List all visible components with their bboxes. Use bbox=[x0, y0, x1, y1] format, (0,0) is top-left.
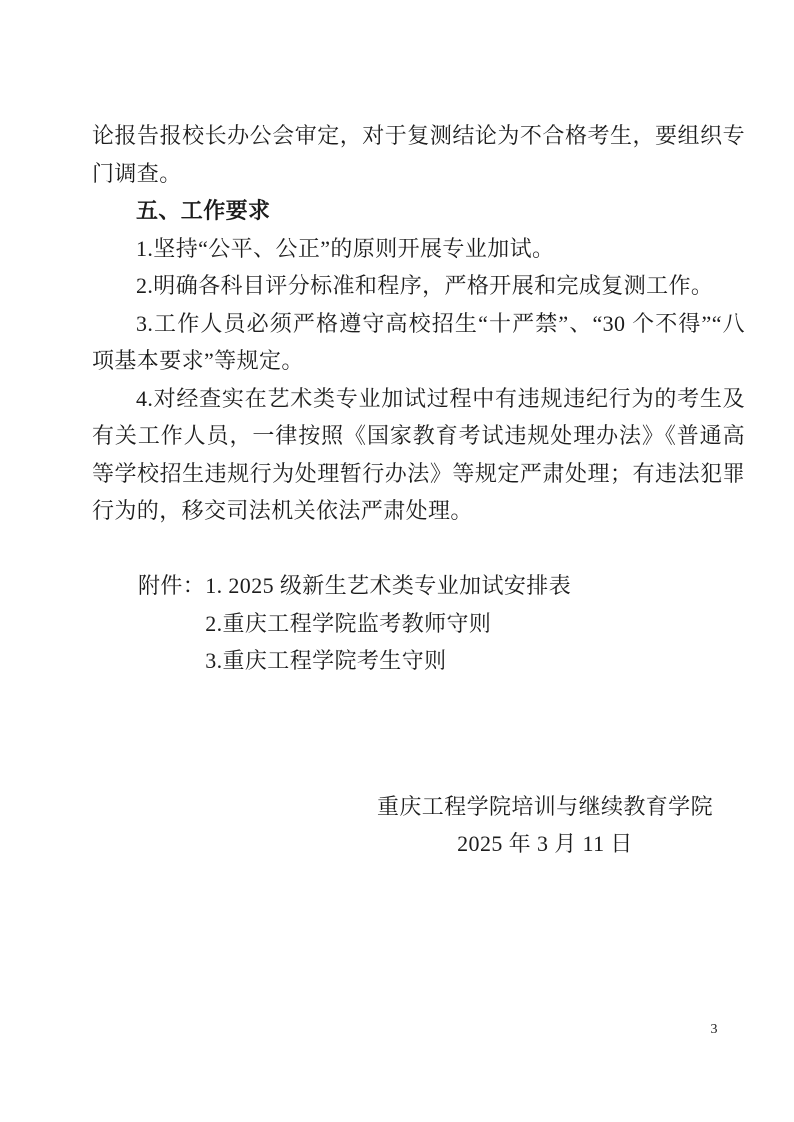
page-number: 3 bbox=[698, 1020, 730, 1040]
document-page: 论报告报校长办公会审定，对于复测结论为不合格考生，要组织专门调查。 五、工作要求… bbox=[0, 0, 794, 1122]
attachments-list: 1. 2025 级新生艺术类专业加试安排表 2.重庆工程学院监考教师守则 3.重… bbox=[205, 567, 745, 680]
attachments-label: 附件： bbox=[138, 567, 205, 605]
signature-date: 2025 年 3 月 11 日 bbox=[377, 825, 713, 863]
attachment-item-2: 2.重庆工程学院监考教师守则 bbox=[205, 605, 745, 643]
attachments-block: 附件： 1. 2025 级新生艺术类专业加试安排表 2.重庆工程学院监考教师守则… bbox=[92, 567, 745, 680]
work-requirement-item-1: 1.坚持“公平、公正”的原则开展专业加试。 bbox=[92, 230, 745, 268]
attachment-item-3: 3.重庆工程学院考生守则 bbox=[205, 642, 745, 680]
signature-block: 重庆工程学院培训与继续教育学院 2025 年 3 月 11 日 bbox=[377, 788, 713, 863]
attachment-item-1: 1. 2025 级新生艺术类专业加试安排表 bbox=[205, 567, 745, 605]
work-requirement-item-4: 4.对经查实在艺术类专业加试过程中有违规违纪行为的考生及有关工作人员，一律按照《… bbox=[92, 380, 745, 530]
section-heading: 五、工作要求 bbox=[92, 192, 745, 230]
work-requirement-item-2: 2.明确各科目评分标准和程序，严格开展和完成复测工作。 bbox=[92, 267, 745, 305]
work-requirement-item-3: 3.工作人员必须严格遵守高校招生“十严禁”、“30 个不得”“八项基本要求”等规… bbox=[92, 305, 745, 380]
document-body: 论报告报校长办公会审定，对于复测结论为不合格考生，要组织专门调查。 五、工作要求… bbox=[92, 117, 745, 863]
signature-org: 重庆工程学院培训与继续教育学院 bbox=[377, 788, 713, 826]
paragraph-continuation: 论报告报校长办公会审定，对于复测结论为不合格考生，要组织专门调查。 bbox=[92, 117, 745, 192]
